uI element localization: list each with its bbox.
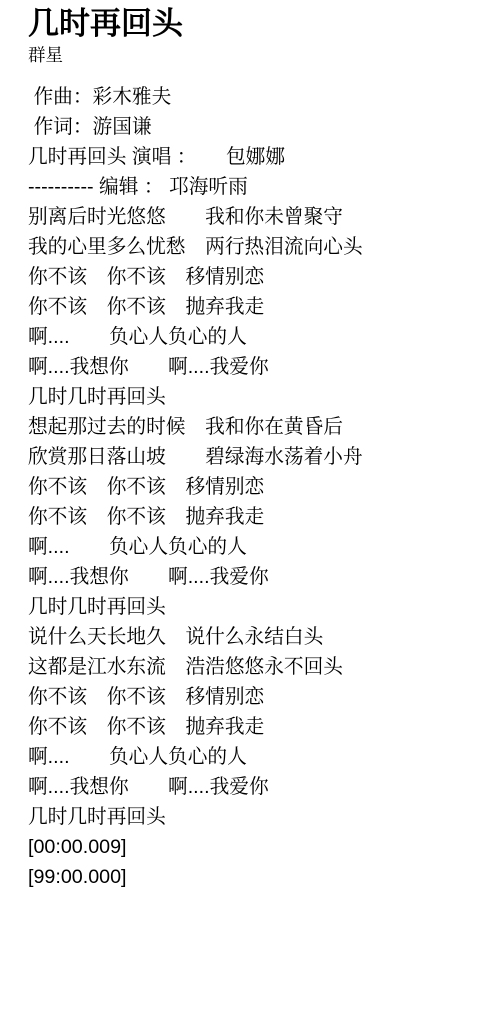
song-artist: 群星: [28, 46, 492, 65]
song-title: 几时再回头: [28, 3, 492, 44]
lyric-line: 你不该 你不该 移情别恋: [28, 472, 492, 502]
lyric-line: 作曲：彩木雅夫: [28, 82, 492, 112]
lyric-line: [99:00.000]: [28, 862, 492, 892]
lyric-line: 说什么天长地久 说什么永结白头: [28, 622, 492, 652]
lyric-line: 啊.... 负心人负心的人: [28, 322, 492, 352]
lyric-line: 你不该 你不该 移情别恋: [28, 262, 492, 292]
lyric-line: 别离后时光悠悠 我和你未曾聚守: [28, 202, 492, 232]
lyric-line: 啊.... 负心人负心的人: [28, 532, 492, 562]
lyric-line: 你不该 你不该 抛弃我走: [28, 502, 492, 532]
lyric-line: 你不该 你不该 抛弃我走: [28, 292, 492, 322]
lyric-line: 几时几时再回头: [28, 382, 492, 412]
lyric-line: ---------- 编辑 ： 邛海听雨: [28, 172, 492, 202]
lyrics-page: 几时再回头 群星 作曲：彩木雅夫 作词：游国谦几时再回头 演唱 ： 包娜娜---…: [0, 0, 500, 892]
lyric-line: 欣赏那日落山坡 碧绿海水荡着小舟: [28, 442, 492, 472]
lyric-line: 这都是江水东流 浩浩悠悠永不回头: [28, 652, 492, 682]
lyric-line: 啊....我想你 啊....我爱你: [28, 562, 492, 592]
lyric-line: 几时再回头 演唱 ： 包娜娜: [28, 142, 492, 172]
lyric-line: 你不该 你不该 抛弃我走: [28, 712, 492, 742]
lyric-line: 你不该 你不该 移情别恋: [28, 682, 492, 712]
lyric-line: 我的心里多么忧愁 两行热泪流向心头: [28, 232, 492, 262]
lyric-line: 几时几时再回头: [28, 592, 492, 622]
lyrics-body: 作曲：彩木雅夫 作词：游国谦几时再回头 演唱 ： 包娜娜---------- 编…: [28, 82, 492, 892]
lyric-line: 啊.... 负心人负心的人: [28, 742, 492, 772]
lyric-line: 想起那过去的时候 我和你在黄昏后: [28, 412, 492, 442]
lyric-line: 啊....我想你 啊....我爱你: [28, 772, 492, 802]
lyric-line: 作词：游国谦: [28, 112, 492, 142]
lyric-line: [00:00.009]: [28, 832, 492, 862]
lyric-line: 啊....我想你 啊....我爱你: [28, 352, 492, 382]
lyric-line: 几时几时再回头: [28, 802, 492, 832]
